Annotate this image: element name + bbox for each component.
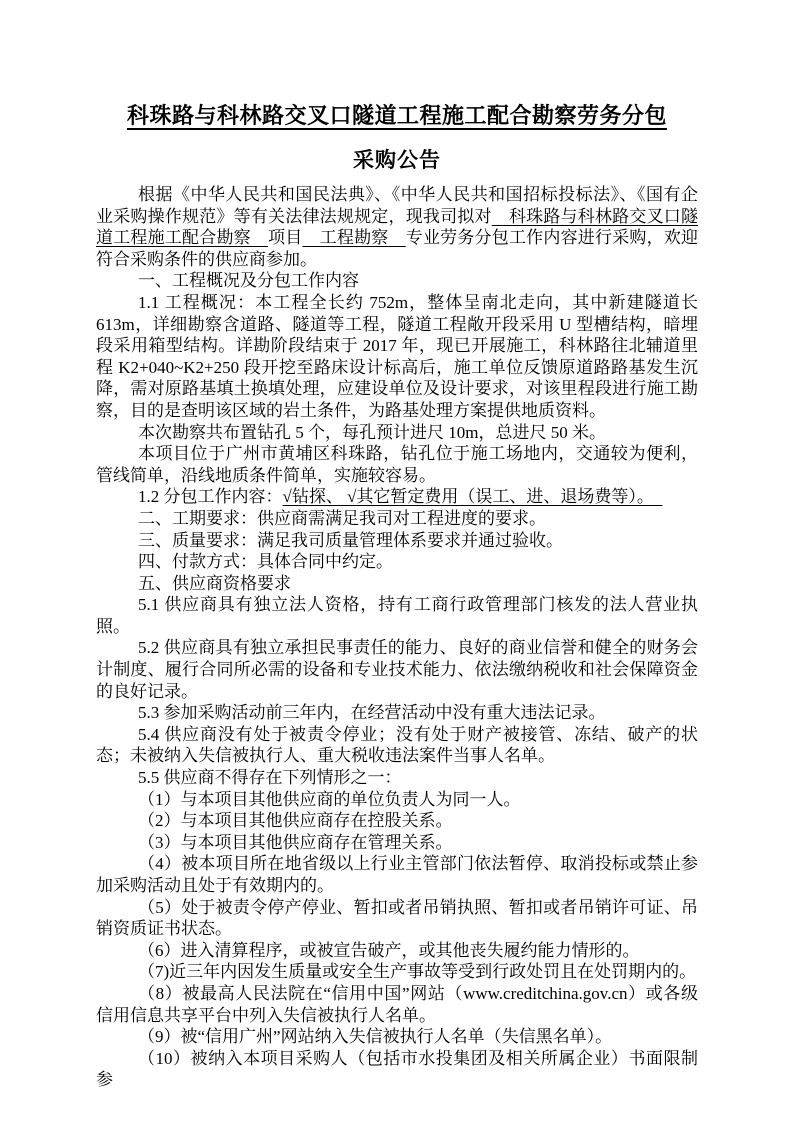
list-item-7: （7)近三年内因发生质量或安全生产事故等受到行政处罚且在处罚期内的。 xyxy=(96,961,698,983)
list-item-6: （6）进入清算程序，或被宣告破产，或其他丧失履约能力情形的。 xyxy=(96,940,698,962)
paragraph-section-4: 四、付款方式：具体合同中约定。 xyxy=(96,551,698,573)
paragraph-1-1-overview: 1.1 工程概况：本工程全长约 752m，整体呈南北走向，其中新建隧道长 613… xyxy=(96,292,698,422)
paragraph-intro: 根据《中华人民共和国民法典》、《中华人民共和国招标投标法》、《国有企业采购操作规… xyxy=(96,184,698,270)
paragraph-location: 本项目位于广州市黄埔区科珠路，钻孔位于施工场地内，交通较为便利，管线简单，沿线地… xyxy=(96,443,698,486)
document-page: 科珠路与科林路交叉口隧道工程施工配合勘察劳务分包 采购公告 根据《中华人民共和国… xyxy=(0,0,793,1122)
underlined-text-run: √钻探、 √其它暂定费用（误工、进、退场费等）。 xyxy=(283,487,663,506)
document-title: 科珠路与科林路交叉口隧道工程施工配合勘察劳务分包 xyxy=(96,101,698,131)
text-run: （1）与本项目其他供应商的单位负责人为同一人。 xyxy=(138,790,521,809)
paragraph-section-3: 三、质量要求：满足我司质量管理体系要求并通过验收。 xyxy=(96,530,698,552)
text-run: 本次勘察共布置钻孔 5 个，每孔预计进尺 10m，总进尺 50 米。 xyxy=(138,423,606,442)
text-run: （10）被纳入本项目采购人（包括市水投集团及相关所属企业）书面限制参 xyxy=(96,1049,698,1090)
text-run: （4）被本项目所在地省级以上行业主管部门依法暂停、取消投标或禁止参加采购活动且处… xyxy=(96,854,698,895)
text-run: 1.1 工程概况：本工程全长约 752m，整体呈南北走向，其中新建隧道长 613… xyxy=(96,293,698,420)
text-run: （7)近三年内因发生质量或安全生产事故等受到行政处罚且在处罚期内的。 xyxy=(138,962,696,981)
list-item-8: （8）被最高人民法院在“信用中国”网站（www.creditchina.gov.… xyxy=(96,983,698,1026)
paragraph-5-1: 5.1 供应商具有独立法人资格，持有工商行政管理部门核发的法人营业执照。 xyxy=(96,594,698,637)
text-run: 5.3 参加采购活动前三年内，在经营活动中没有重大违法记录。 xyxy=(138,703,606,722)
list-item-9: （9）被“信用广州”网站纳入失信被执行人名单（失信黑名单）。 xyxy=(96,1026,698,1048)
text-run: 5.1 供应商具有独立法人资格，持有工商行政管理部门核发的法人营业执照。 xyxy=(96,595,698,636)
text-run: 1.2 分包工作内容： xyxy=(138,487,283,506)
text-run: 5.2 供应商具有独立承担民事责任的能力、良好的商业信誉和健全的财务会计制度、履… xyxy=(96,638,698,700)
list-item-1: （1）与本项目其他供应商的单位负责人为同一人。 xyxy=(96,789,698,811)
list-item-10: （10）被纳入本项目采购人（包括市水投集团及相关所属企业）书面限制参 xyxy=(96,1048,698,1091)
paragraph-5-4: 5.4 供应商没有处于被责令停业；没有处于财产被接管、冻结、破产的状态；未被纳入… xyxy=(96,724,698,767)
text-run: 本项目位于广州市黄埔区科珠路，钻孔位于施工场地内，交通较为便利，管线简单，沿线地… xyxy=(96,444,698,485)
text-run: （6）进入清算程序，或被宣告破产，或其他丧失履约能力情形的。 xyxy=(138,941,640,960)
paragraph-drilling: 本次勘察共布置钻孔 5 个，每孔预计进尺 10m，总进尺 50 米。 xyxy=(96,422,698,444)
text-run: （9）被“信用广州”网站纳入失信被执行人名单（失信黑名单）。 xyxy=(138,1027,612,1046)
text-run: 项目 xyxy=(268,228,302,247)
paragraph-section-2: 二、工期要求：供应商需满足我司对工程进度的要求。 xyxy=(96,508,698,530)
list-item-3: （3）与本项目其他供应商存在管理关系。 xyxy=(96,832,698,854)
text-run: 三、质量要求：满足我司质量管理体系要求并通过验收。 xyxy=(138,531,563,550)
list-item-4: （4）被本项目所在地省级以上行业主管部门依法暂停、取消投标或禁止参加采购活动且处… xyxy=(96,853,698,896)
list-item-2: （2）与本项目其他供应商存在控股关系。 xyxy=(96,810,698,832)
heading-section-5: 五、供应商资格要求 xyxy=(96,573,698,595)
text-run: （2）与本项目其他供应商存在控股关系。 xyxy=(138,811,453,830)
text-run: 一、工程概况及分包工作内容 xyxy=(138,271,359,290)
paragraph-5-2: 5.2 供应商具有独立承担民事责任的能力、良好的商业信誉和健全的财务会计制度、履… xyxy=(96,637,698,702)
paragraph-5-3: 5.3 参加采购活动前三年内，在经营活动中没有重大违法记录。 xyxy=(96,702,698,724)
list-item-5: （5）处于被责令停产停业、暂扣或者吊销执照、暂扣或者吊销许可证、吊销资质证书状态… xyxy=(96,897,698,940)
text-run: 5.4 供应商没有处于被责令停业；没有处于财产被接管、冻结、破产的状态；未被纳入… xyxy=(96,725,698,766)
text-run: （8）被最高人民法院在“信用中国”网站（www.creditchina.gov.… xyxy=(96,984,698,1025)
underlined-text-run: 工程勘察 xyxy=(302,228,405,247)
paragraph-1-2-scope: 1.2 分包工作内容：√钻探、 √其它暂定费用（误工、进、退场费等）。 xyxy=(96,486,698,508)
text-run: 五、供应商资格要求 xyxy=(138,574,291,593)
heading-section-1: 一、工程概况及分包工作内容 xyxy=(96,270,698,292)
text-run: 5.5 供应商不得存在下列情形之一： xyxy=(138,768,402,787)
text-run: 二、工期要求：供应商需满足我司对工程进度的要求。 xyxy=(138,509,546,528)
text-run: （3）与本项目其他供应商存在管理关系。 xyxy=(138,833,453,852)
text-run: （5）处于被责令停产停业、暂扣或者吊销执照、暂扣或者吊销许可证、吊销资质证书状态… xyxy=(96,898,698,939)
paragraph-5-5: 5.5 供应商不得存在下列情形之一： xyxy=(96,767,698,789)
document-subtitle: 采购公告 xyxy=(96,146,698,175)
text-run: 四、付款方式：具体合同中约定。 xyxy=(138,552,393,571)
